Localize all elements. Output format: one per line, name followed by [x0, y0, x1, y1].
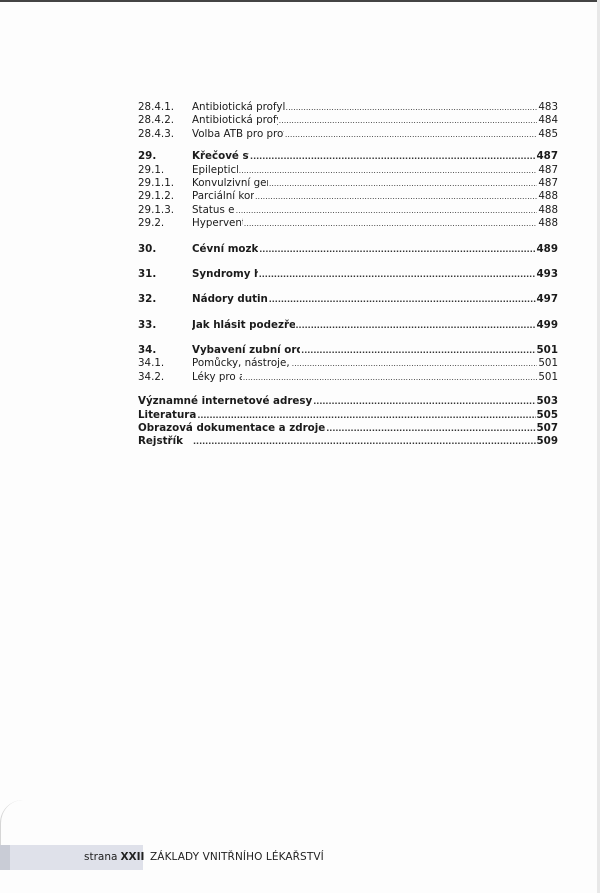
toc-entry-number: 34.: [138, 344, 192, 357]
toc-entry-title: Epileptický záchvat: [192, 164, 238, 177]
toc-entry-title: Antibiotická profylaxe z chirurgického h…: [192, 101, 285, 114]
page-top-edge: [0, 0, 600, 2]
toc-entry-title: Křečové stavy(Evžen Nešpor): [192, 150, 249, 163]
dot-leader: [243, 371, 538, 384]
dot-leader: [301, 344, 535, 357]
toc-entry-page: 485: [538, 128, 558, 141]
toc-entry-title: Obrazová dokumentace a zdroje: [138, 422, 325, 435]
footer-page-label: stranaXXII: [84, 850, 144, 864]
dot-leader: [296, 319, 536, 332]
toc-entry-page: 488: [538, 190, 558, 203]
toc-entry[interactable]: 34.2. Léky pro akutní stavy 501: [138, 371, 558, 384]
table-of-contents: 28.4.1. Antibiotická profylaxe z chirurg…: [138, 101, 558, 449]
toc-entry[interactable]: 29.1. Epileptický záchvat 487: [138, 164, 558, 177]
dot-leader: [259, 243, 535, 256]
spacer: [138, 332, 558, 344]
dot-leader: [269, 177, 538, 190]
toc-entry-page: 501: [537, 344, 559, 357]
toc-entry-number: 32.: [138, 293, 192, 306]
toc-entry-title: Pomůcky, nástroje, speciální zdravotnick…: [192, 357, 291, 370]
toc-chapter[interactable]: 29. Křečové stavy(Evžen Nešpor) 487: [138, 150, 558, 163]
toc-entry-page: 484: [538, 114, 558, 127]
toc-entry-page: 499: [537, 319, 559, 332]
toc-entry-page: 509: [537, 435, 559, 448]
toc-entry-title: Syndromy hlava–krk(Jan Petrášek): [192, 268, 258, 281]
dot-leader: [259, 268, 536, 281]
toc-entry-number: 29.1.: [138, 164, 192, 177]
spacer: [138, 141, 558, 150]
toc-entry[interactable]: 28.4.1. Antibiotická profylaxe z chirurg…: [138, 101, 558, 114]
spacer: [138, 307, 558, 319]
dot-leader: [255, 190, 537, 203]
chapter-title: Jak hlásit podezření na nežádoucí účinek…: [192, 319, 295, 331]
toc-entry-page: 488: [538, 217, 558, 230]
toc-entry-title: Literatura: [138, 409, 196, 422]
dot-leader: [313, 395, 535, 408]
chapter-title: Cévní mozkové příhody: [192, 243, 258, 255]
toc-entry-number: 29.: [138, 150, 192, 163]
toc-entry-page: 483: [538, 101, 558, 114]
toc-entry-number: 29.2.: [138, 217, 192, 230]
toc-entry-number: 29.1.2.: [138, 190, 192, 203]
dot-leader: [244, 217, 538, 230]
toc-entry-title: Významné internetové adresy: [138, 395, 312, 408]
spacer: [138, 256, 558, 268]
toc-entry[interactable]: 28.4.2. Antibiotická profylaxe z interní…: [138, 114, 558, 127]
dot-leader: [285, 128, 538, 141]
toc-entry-page: 493: [537, 268, 559, 281]
toc-entry-title: Antibiotická profylaxe z interního hledi…: [192, 114, 278, 127]
toc-back-matter-entry[interactable]: Rejstřík 509: [138, 435, 558, 448]
toc-entry-number: 29.1.3.: [138, 204, 192, 217]
toc-entry-title: Cévní mozkové příhody(Jiří Bauer): [192, 243, 258, 256]
toc-entry-title: Volba ATB pro profylaxi infekční endokar…: [192, 128, 284, 141]
dot-leader: [326, 422, 535, 435]
toc-entry-number: 33.: [138, 319, 192, 332]
toc-entry-number: 34.1.: [138, 357, 192, 370]
chapter-title: Syndromy hlava–krk: [192, 268, 258, 280]
toc-chapter[interactable]: 31. Syndromy hlava–krk(Jan Petrášek) 493: [138, 268, 558, 281]
toc-entry-page: 501: [538, 371, 558, 384]
toc-back-matter-entry[interactable]: Obrazová dokumentace a zdroje 507: [138, 422, 558, 435]
page-number: XXII: [120, 851, 144, 863]
dot-leader: [239, 164, 538, 177]
toc-entry-number: 28.4.1.: [138, 101, 192, 114]
dot-leader: [286, 101, 538, 114]
toc-entry[interactable]: 29.1.2. Parciální komplexní záchvat 488: [138, 190, 558, 203]
toc-entry-number: 30.: [138, 243, 192, 256]
spacer: [138, 231, 558, 243]
dot-leader: [236, 204, 538, 217]
toc-entry-page: 497: [537, 293, 559, 306]
toc-chapter[interactable]: 34. Vybavení zubní ordinace pro náhlé in…: [138, 344, 558, 357]
chapter-title: Vybavení zubní ordinace pro náhlé intern…: [192, 344, 300, 356]
toc-entry-page: 503: [537, 395, 559, 408]
chapter-title: Křečové stavy: [192, 150, 249, 162]
chapter-title: Nádory dutiny ústní a hltanu: [192, 293, 268, 305]
toc-entry-page: 488: [538, 204, 558, 217]
toc-entry-page: 487: [538, 164, 558, 177]
toc-entry-title: Hyperventilační křeče: [192, 217, 243, 230]
toc-entry-page: 501: [538, 357, 558, 370]
toc-entry-page: 489: [537, 243, 559, 256]
toc-entry-title: Vybavení zubní ordinace pro náhlé intern…: [192, 344, 300, 357]
toc-entry[interactable]: 28.4.3. Volba ATB pro profylaxi infekční…: [138, 128, 558, 141]
dot-leader: [193, 435, 536, 448]
spacer: [138, 384, 558, 395]
toc-entry[interactable]: 29.1.1. Konvulzivní generalizovaný záchv…: [138, 177, 558, 190]
toc-entry-title: Parciální komplexní záchvat: [192, 190, 254, 203]
page-curl-shadow: [0, 800, 23, 850]
toc-chapter[interactable]: 30. Cévní mozkové příhody(Jiří Bauer) 48…: [138, 243, 558, 256]
dot-leader: [197, 409, 535, 422]
toc-entry-page: 505: [537, 409, 559, 422]
toc-entry-number: 28.4.2.: [138, 114, 192, 127]
toc-entry-title: Rejstřík: [138, 435, 192, 448]
toc-entry-page: 507: [537, 422, 559, 435]
toc-entry-title: Léky pro akutní stavy: [192, 371, 242, 384]
toc-entry-title: Konvulzivní generalizovaný záchvat: [192, 177, 268, 190]
spacer: [138, 281, 558, 293]
footer-book-title: ZÁKLADY VNITŘNÍHO LÉKAŘSTVÍ: [150, 850, 324, 864]
toc-back-matter-entry[interactable]: Významné internetové adresy 503: [138, 395, 558, 408]
toc-entry-number: 34.2.: [138, 371, 192, 384]
toc-chapter[interactable]: 33. Jak hlásit podezření na nežádoucí úč…: [138, 319, 558, 332]
toc-back-matter-entry[interactable]: Literatura 505: [138, 409, 558, 422]
toc-entry-page: 487: [537, 150, 559, 163]
page-label-text: strana: [84, 851, 117, 863]
toc-entry-title: Status epilepticus: [192, 204, 235, 217]
dot-leader: [269, 293, 536, 306]
toc-entry[interactable]: 29.1.3. Status epilepticus 488: [138, 204, 558, 217]
toc-chapter[interactable]: 32. Nádory dutiny ústní a hltanu(Jan Bet…: [138, 293, 558, 306]
toc-entry[interactable]: 29.2. Hyperventilační křeče 488: [138, 217, 558, 230]
toc-entry-title: Jak hlásit podezření na nežádoucí účinek…: [192, 319, 295, 332]
toc-entry[interactable]: 34.1. Pomůcky, nástroje, speciální zdrav…: [138, 357, 558, 370]
dot-leader: [292, 357, 538, 370]
dot-leader: [279, 114, 538, 127]
toc-entry-number: 28.4.3.: [138, 128, 192, 141]
toc-entry-page: 487: [538, 177, 558, 190]
toc-entry-number: 31.: [138, 268, 192, 281]
toc-entry-number: 29.1.1.: [138, 177, 192, 190]
toc-entry-title: Nádory dutiny ústní a hltanu(Jan Betka): [192, 293, 268, 306]
dot-leader: [250, 150, 535, 163]
